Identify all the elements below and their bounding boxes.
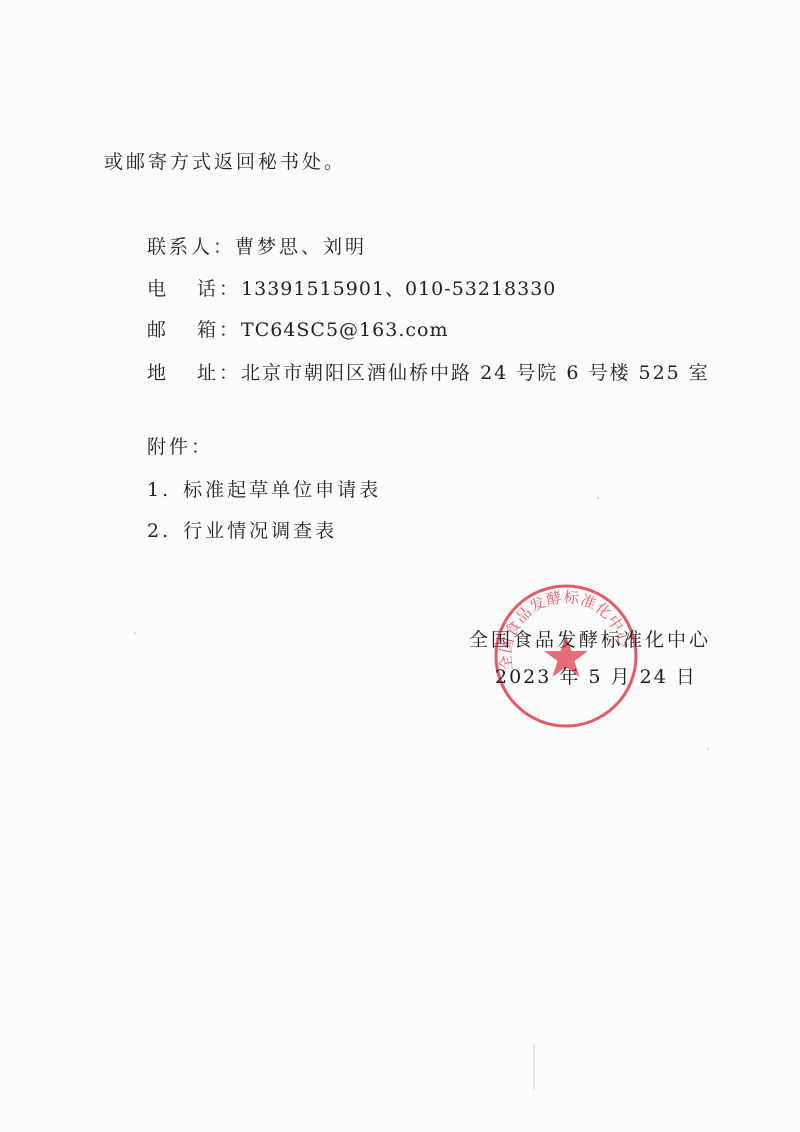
- phone-label-a: 电: [147, 278, 169, 300]
- signature-organization: 全国食品发酵标准化中心: [469, 628, 711, 652]
- email-label-a: 邮: [147, 319, 169, 341]
- scan-artifact-line: [533, 1045, 535, 1090]
- contact-person-value: 曹梦思、刘明: [235, 236, 367, 258]
- intro-line: 或邮寄方式返回秘书处。: [104, 150, 346, 174]
- address-row: 地址：北京市朝阳区酒仙桥中路 24 号院 6 号楼 525 室: [147, 361, 710, 385]
- email-row: 邮箱：TC64SC5@163.com: [147, 318, 448, 342]
- contact-person-label: 联系人：: [147, 236, 235, 258]
- scan-speck: [134, 632, 136, 634]
- attachment-title: 行业情况调查表: [183, 520, 337, 542]
- attachment-number: 1.: [147, 479, 171, 501]
- email-value: TC64SC5@163.com: [241, 319, 448, 341]
- address-label-a: 地: [147, 362, 169, 384]
- phone-row: 电话：13391515901、010-53218330: [147, 277, 556, 301]
- scan-speck: [707, 748, 709, 750]
- attachment-item-2: 2.行业情况调查表: [147, 519, 337, 543]
- attachments-heading: 附件：: [147, 435, 213, 459]
- phone-value: 13391515901、010-53218330: [241, 278, 556, 300]
- attachment-item-1: 1.标准起草单位申请表: [147, 478, 381, 502]
- attachment-number: 2.: [147, 520, 171, 542]
- official-seal-stamp-icon: 全国食品发酵标准化中心: [493, 583, 639, 729]
- signature-date: 2023 年 5 月 24 日: [495, 665, 697, 689]
- scan-speck: [597, 497, 599, 499]
- phone-label-b: 话：: [197, 278, 241, 300]
- contact-person-row: 联系人：曹梦思、刘明: [147, 235, 367, 259]
- address-value: 北京市朝阳区酒仙桥中路 24 号院 6 号楼 525 室: [241, 362, 710, 384]
- document-page: 或邮寄方式返回秘书处。 联系人：曹梦思、刘明 电话：13391515901、01…: [0, 0, 800, 1132]
- address-label-b: 址：: [197, 362, 241, 384]
- email-label-b: 箱：: [197, 319, 241, 341]
- attachment-title: 标准起草单位申请表: [183, 479, 381, 501]
